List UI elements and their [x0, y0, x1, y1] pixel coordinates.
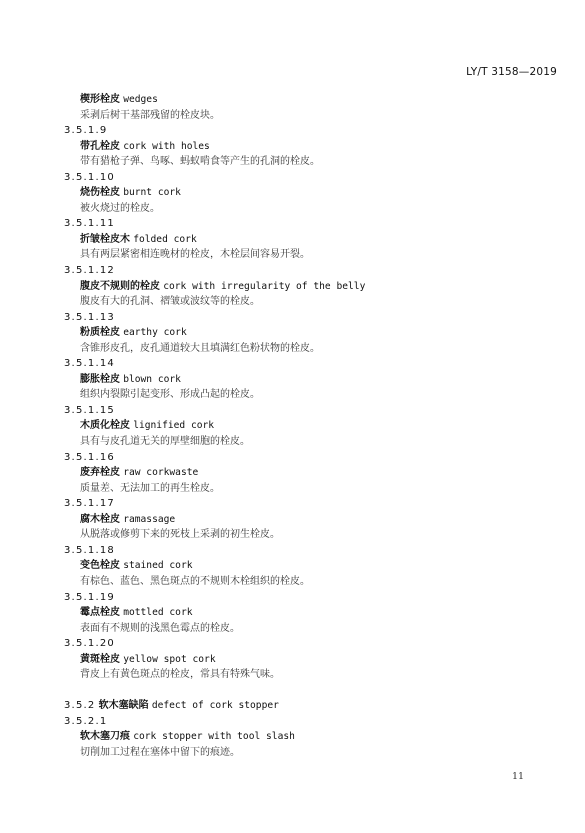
definition: 从脱落或修剪下来的死枝上采剥的初生栓皮。 — [64, 527, 544, 543]
term-zh: 霉点栓皮 — [80, 607, 120, 618]
term-line: 膨胀栓皮 blown cork — [64, 372, 544, 388]
definition: 腹皮有大的孔洞、褶皱或波纹等的栓皮。 — [64, 294, 544, 310]
entry-number: 3.5.1.11 — [64, 216, 544, 232]
term-zh: 木质化栓皮 — [80, 420, 130, 431]
definition: 具有两层紧密相连晚材的栓皮，木栓层间容易开裂。 — [64, 247, 544, 263]
definition: 表面有不规则的浅黑色霉点的栓皮。 — [64, 621, 544, 637]
section-heading: 3.5.2 软木塞缺陷 defect of cork stopper — [64, 698, 544, 714]
term-zh: 楔形栓皮 — [80, 94, 120, 105]
term-zh: 烧伤栓皮 — [80, 187, 120, 198]
section-title-en: defect of cork stopper — [152, 700, 279, 711]
term-line: 粉质栓皮 earthy cork — [64, 325, 544, 341]
section-title-zh: 软木塞缺陷 — [99, 700, 149, 711]
term-line: 变色栓皮 stained cork — [64, 558, 544, 574]
term-en: lignified cork — [133, 420, 214, 431]
term-en: folded cork — [133, 234, 197, 245]
entry-number: 3.5.1.12 — [64, 263, 544, 279]
term-zh: 黄斑栓皮 — [80, 654, 120, 665]
section-number: 3.5.2 — [64, 700, 95, 711]
definition: 组织内裂隙引起变形、形成凸起的栓皮。 — [64, 387, 544, 403]
term-zh: 带孔栓皮 — [80, 141, 120, 152]
entry-number: 3.5.1.13 — [64, 310, 544, 326]
definition: 有棕色、蓝色、黑色斑点的不规则木栓组织的栓皮。 — [64, 574, 544, 590]
term-en: blown cork — [123, 374, 181, 385]
definition: 被火烧过的栓皮。 — [64, 201, 544, 217]
term-line: 腐木栓皮 ramassage — [64, 512, 544, 528]
entry-number: 3.5.1.16 — [64, 450, 544, 466]
term-line: 腹皮不规则的栓皮 cork with irregularity of the b… — [64, 279, 544, 295]
term-line: 木质化栓皮 lignified cork — [64, 418, 544, 434]
entry-number: 3.5.1.19 — [64, 590, 544, 606]
entry-number: 3.5.1.10 — [64, 170, 544, 186]
term-en: cork with holes — [123, 141, 210, 152]
entry-number: 3.5.1.14 — [64, 356, 544, 372]
term-line: 带孔栓皮 cork with holes — [64, 139, 544, 155]
term-zh: 软木塞刀痕 — [80, 731, 130, 742]
term-line: 烧伤栓皮 burnt cork — [64, 185, 544, 201]
standard-code-header: LY/T 3158—2019 — [466, 66, 557, 78]
entry-number: 3.5.1.18 — [64, 543, 544, 559]
term-en: ramassage — [123, 514, 175, 525]
term-zh: 废弃栓皮 — [80, 467, 120, 478]
term-zh: 膨胀栓皮 — [80, 374, 120, 385]
term-en: earthy cork — [123, 327, 187, 338]
term-en: mottled cork — [123, 607, 192, 618]
definition: 采剥后树干基部残留的栓皮块。 — [64, 108, 544, 124]
definition: 具有与皮孔道无关的厚壁细胞的栓皮。 — [64, 434, 544, 450]
page-number: 11 — [512, 771, 524, 782]
term-en: cork with irregularity of the belly — [163, 281, 365, 292]
term-line: 霉点栓皮 mottled cork — [64, 605, 544, 621]
definition: 背皮上有黄色斑点的栓皮，常具有特殊气味。 — [64, 667, 544, 683]
entry-number: 3.5.1.20 — [64, 636, 544, 652]
term-en: cork stopper with tool slash — [133, 731, 295, 742]
term-zh: 折皱栓皮木 — [80, 234, 130, 245]
term-line: 废弃栓皮 raw corkwaste — [64, 465, 544, 481]
term-en: raw corkwaste — [123, 467, 198, 478]
term-en: stained cork — [123, 560, 192, 571]
term-zh: 腹皮不规则的栓皮 — [80, 281, 160, 292]
definition: 带有猎枪子弹、鸟啄、蚂蚁啃食等产生的孔洞的栓皮。 — [64, 154, 544, 170]
term-en: wedges — [123, 94, 158, 105]
entry-number: 3.5.1.17 — [64, 496, 544, 512]
entry-number: 3.5.1.15 — [64, 403, 544, 419]
term-en: burnt cork — [123, 187, 181, 198]
definition: 含锥形皮孔，皮孔通道较大且填满红色粉状物的栓皮。 — [64, 341, 544, 357]
term-line: 楔形栓皮 wedges — [64, 92, 544, 108]
term-line: 黄斑栓皮 yellow spot cork — [64, 652, 544, 668]
document-body: 楔形栓皮 wedges 采剥后树干基部残留的栓皮块。 3.5.1.9 带孔栓皮 … — [64, 92, 544, 761]
term-line: 折皱栓皮木 folded cork — [64, 232, 544, 248]
definition: 质量差、无法加工的再生栓皮。 — [64, 481, 544, 497]
entry-number: 3.5.1.9 — [64, 123, 544, 139]
term-line: 软木塞刀痕 cork stopper with tool slash — [64, 729, 544, 745]
term-zh: 变色栓皮 — [80, 560, 120, 571]
term-zh: 腐木栓皮 — [80, 514, 120, 525]
section-spacer — [64, 683, 544, 699]
definition: 切削加工过程在塞体中留下的痕迹。 — [64, 745, 544, 761]
term-en: yellow spot cork — [123, 654, 215, 665]
entry-number: 3.5.2.1 — [64, 714, 544, 730]
term-zh: 粉质栓皮 — [80, 327, 120, 338]
